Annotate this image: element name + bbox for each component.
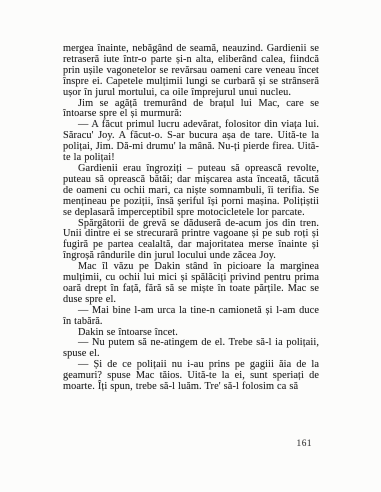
paragraph-9: — Nu putem să ne-atingem de el. Trebe să… (63, 338, 319, 360)
paragraph-6: Mac îl văzu pe Dakin stând în picioare l… (63, 262, 319, 306)
paragraph-10: — Și de ce polițaii nu i-au prins pe gag… (63, 360, 319, 393)
paragraph-1: mergea înainte, nebăgând de seamă, neauz… (63, 44, 319, 99)
page-number: 161 (63, 439, 312, 449)
paragraph-3: — A făcut primul lucru adevărat, folosit… (63, 120, 319, 164)
paragraph-7: — Mai bine l-am urca la tine-n camionetă… (63, 306, 319, 328)
paragraph-2: Jim se agăță tremurând de brațul lui Mac… (63, 99, 319, 121)
paragraph-5: Spărgătorii de grevă se dăduseră de-acum… (63, 219, 319, 263)
book-page: mergea înainte, nebăgând de seamă, neauz… (0, 0, 381, 492)
paragraph-4: Gardienii erau îngroziți – puteau să opr… (63, 164, 319, 219)
text-block: mergea înainte, nebăgând de seamă, neauz… (63, 44, 319, 393)
